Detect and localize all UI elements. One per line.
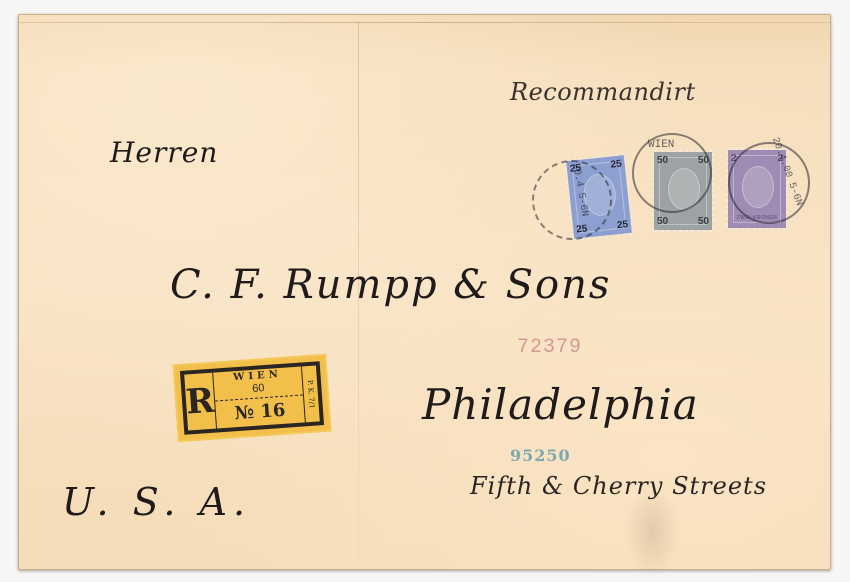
label-side-text: P. K. 7/1 <box>306 379 316 408</box>
address-street: Fifth & Cherry Streets <box>470 472 767 500</box>
address-country: U. S. A. <box>62 480 251 524</box>
address-city: Philadelphia <box>422 380 699 429</box>
red-handstamp-number: 72379 <box>517 336 582 359</box>
postmark-left: 20.4 5-6N <box>532 160 612 240</box>
flap-edge <box>18 22 831 23</box>
salutation: Herren <box>110 136 218 169</box>
postmark-middle: WIEN <box>632 133 712 213</box>
registered-annotation: Recommandirt <box>510 78 696 106</box>
addressee-name: C. F. Rumpp & Sons <box>170 262 611 308</box>
teal-handstamp-number: 95250 <box>510 446 571 465</box>
registration-letter: R <box>184 373 217 431</box>
post-office-name: WIEN <box>233 370 282 383</box>
post-office-code: 60 <box>252 383 265 395</box>
postmark-right: 20.4.00 5-6N <box>728 142 810 224</box>
registration-number: № 16 <box>215 395 305 429</box>
registration-label: R WIEN 60 № 16 P. K. 7/1 <box>175 356 330 440</box>
